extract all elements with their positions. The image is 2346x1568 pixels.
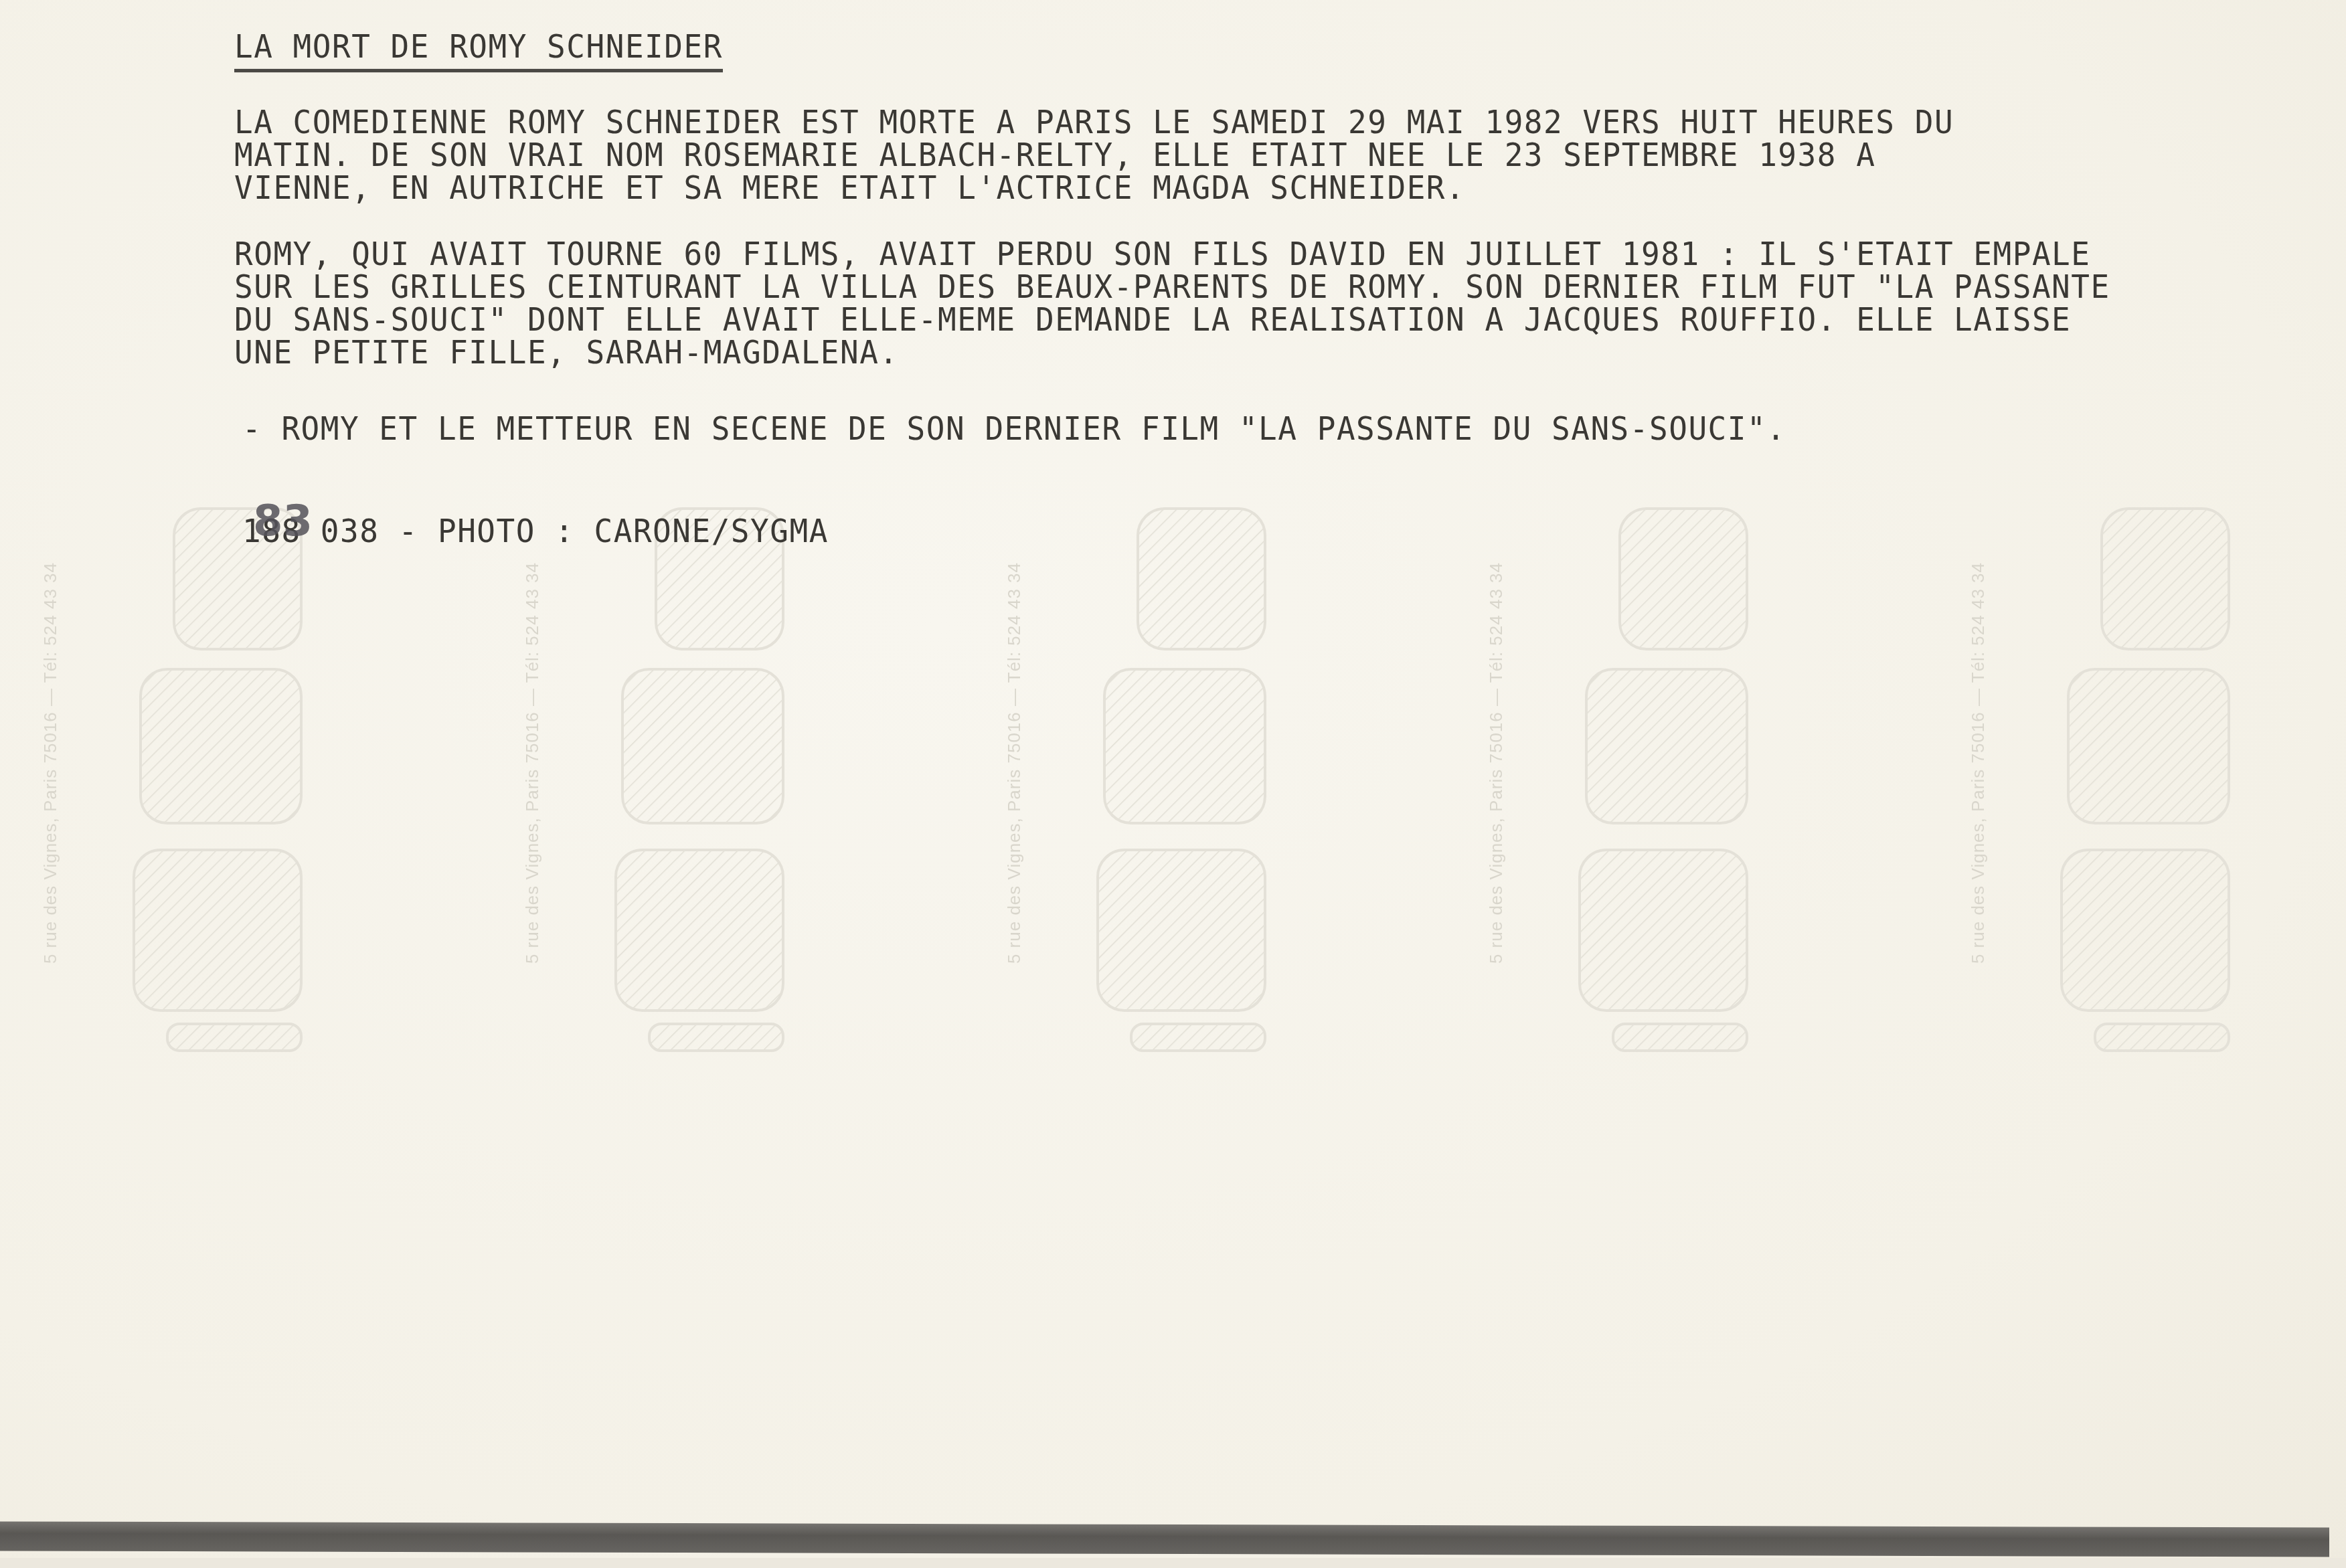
scan-edge-band: [0, 1521, 2329, 1557]
paragraph-1-line-3: VIENNE, EN AUTRICHE ET SA MERE ETAIT L'A…: [234, 169, 1465, 206]
paragraph-2-line-1: ROMY, QUI AVAIT TOURNE 60 FILMS, AVAIT P…: [234, 236, 2090, 272]
sygma-logo-icon: [1051, 502, 1292, 1064]
paragraph-2-line-3: DU SANS-SOUCI" DONT ELLE AVAIT ELLE-MEME…: [234, 301, 2071, 338]
sygma-logo-icon: [87, 502, 328, 1064]
document-title: LA MORT DE ROMY SCHNEIDER: [234, 28, 723, 72]
sygma-logo-icon: [2015, 502, 2256, 1064]
paragraph-2-line-2: SUR LES GRILLES CEINTURANT LA VILLA DES …: [234, 268, 2110, 305]
paragraph-2-line-4: UNE PETITE FILLE, SARAH-MAGDALENA.: [234, 334, 899, 371]
handwritten-mark: 83: [253, 497, 313, 546]
watermark-address: 5 rue des Vignes, Paris 75016 — Tél: 524…: [1968, 562, 1989, 964]
sygma-logo-icon: [1533, 502, 1774, 1064]
watermark-address: 5 rue des Vignes, Paris 75016 — Tél: 524…: [1004, 562, 1025, 964]
photo-reference: 188 038 - PHOTO : CARONE/SYGMA: [242, 513, 829, 549]
watermark-address: 5 rue des Vignes, Paris 75016 — Tél: 524…: [522, 562, 543, 964]
paragraph-1-line-2: MATIN. DE SON VRAI NOM ROSEMARIE ALBACH-…: [234, 137, 1875, 173]
photo-caption: - ROMY ET LE METTEUR EN SECENE DE SON DE…: [242, 410, 1786, 447]
paragraph-1-line-1: LA COMEDIENNE ROMY SCHNEIDER EST MORTE A…: [234, 104, 1954, 141]
sygma-logo-icon: [569, 502, 810, 1064]
scan-edge-strip: [0, 1558, 2346, 1568]
watermark-address: 5 rue des Vignes, Paris 75016 — Tél: 524…: [1486, 562, 1507, 964]
watermark-address: 5 rue des Vignes, Paris 75016 — Tél: 524…: [40, 562, 61, 964]
